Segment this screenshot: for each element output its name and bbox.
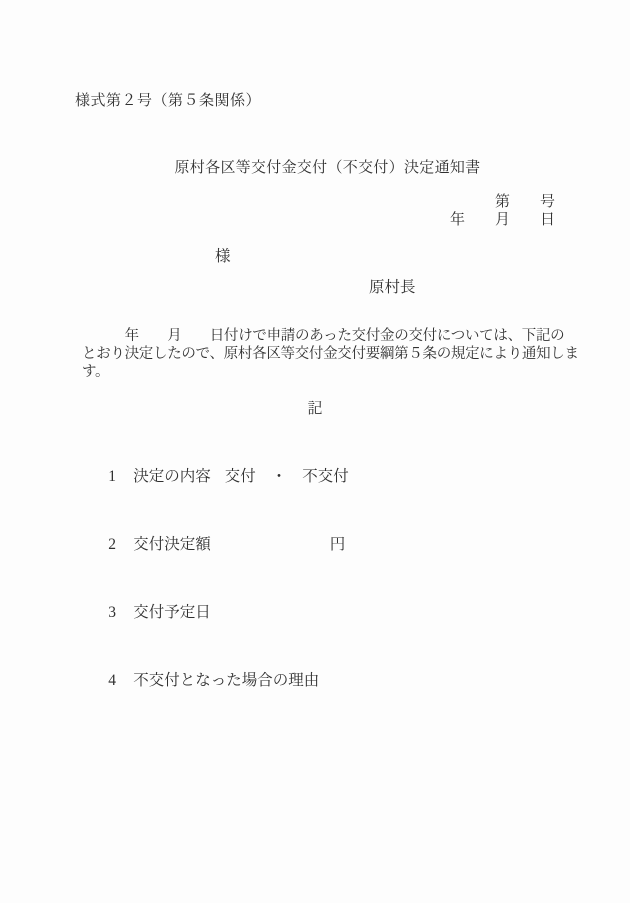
item-label: 決定の内容: [133, 468, 211, 485]
item-value: 円: [330, 536, 346, 553]
body-line-2: とおり決定したので、原村各区等交付金交付要綱第５条の規定により通知しま: [82, 345, 582, 363]
item-row-grant-date: 3交付予定日: [85, 587, 349, 638]
record-marker: 記: [0, 397, 630, 418]
item-number: 3: [108, 604, 133, 621]
form-number: 様式第２号（第５条関係）: [75, 89, 261, 110]
item-value: 交付 ・ 不交付: [225, 468, 349, 485]
item-number: 4: [108, 672, 133, 689]
item-number: 1: [108, 468, 133, 485]
item-label: 交付決定額: [133, 536, 211, 553]
sender-name: 原村長: [369, 275, 416, 297]
item-number: 2: [108, 536, 133, 553]
item-row-decision-content: 1決定の内容交付 ・ 不交付: [85, 451, 349, 502]
body-line-3: す。: [82, 363, 582, 381]
addressee-honorific: 様: [215, 244, 231, 266]
document-date-line: 年 月 日: [450, 208, 555, 229]
document-page: 様式第２号（第５条関係） 原村各区等交付金交付（不交付）決定通知書 第 号 年 …: [0, 0, 630, 903]
decision-items-list: 1決定の内容交付 ・ 不交付 2交付決定額円 3交付予定日 4不交付となった場合…: [85, 451, 349, 723]
item-label: 交付予定日: [133, 604, 211, 621]
item-label: 不交付となった場合の理由: [133, 672, 319, 689]
item-row-grant-amount: 2交付決定額円: [85, 519, 349, 570]
document-title: 原村各区等交付金交付（不交付）決定通知書: [82, 156, 573, 177]
body-paragraph: 年 月 日付けで申請のあった交付金の交付については、下記の とおり決定したので、…: [82, 327, 582, 382]
item-row-refusal-reason: 4不交付となった場合の理由: [85, 655, 349, 706]
body-line-1: 年 月 日付けで申請のあった交付金の交付については、下記の: [82, 327, 582, 345]
